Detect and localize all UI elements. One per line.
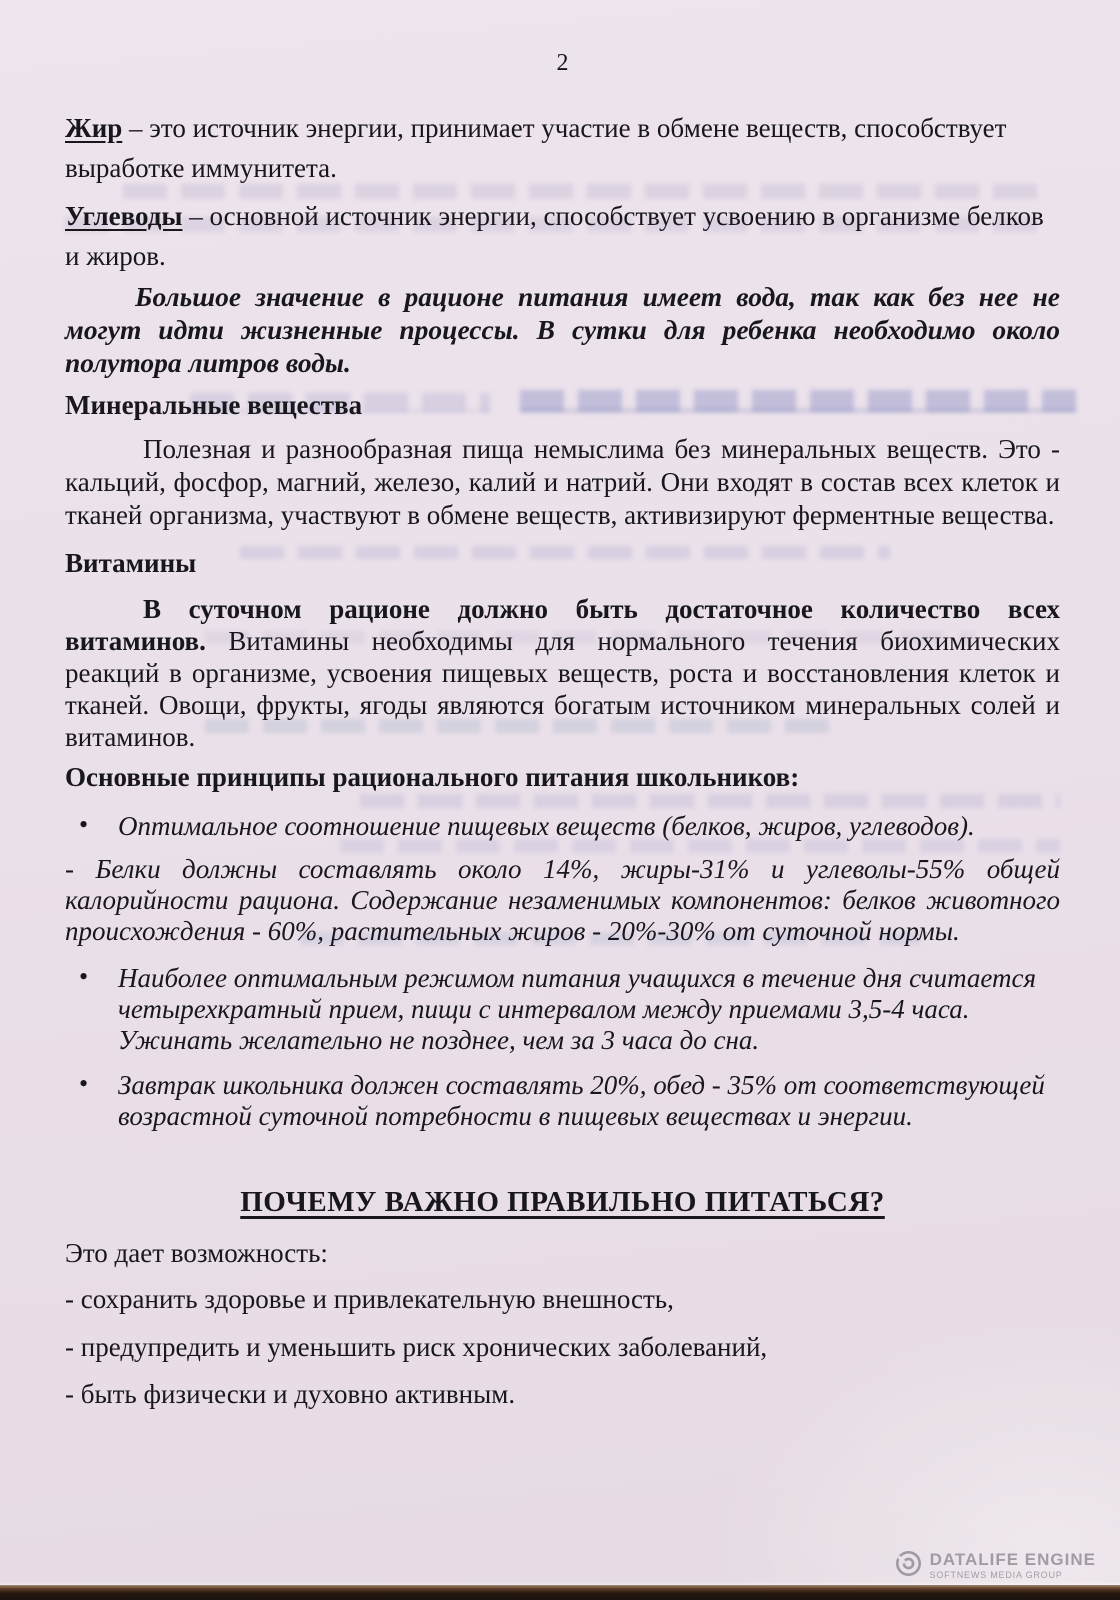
why-item: - быть физически и духовно активным. — [65, 1379, 1060, 1409]
minerals-heading: Минеральные вещества — [65, 392, 1060, 418]
why-item: - предупредить и уменьшить риск хроничес… — [65, 1332, 1060, 1362]
carbohydrates-paragraph: Углеводы – основной источник энергии, сп… — [65, 196, 1060, 276]
bullet-marker-icon: • — [79, 961, 88, 992]
why-eat-right-heading: ПОЧЕМУ ВАЖНО ПРАВИЛЬНО ПИТАТЬСЯ? — [65, 1186, 1060, 1218]
carbohydrates-term: Углеводы — [65, 201, 182, 231]
watermark-title: DATALIFE ENGINE — [930, 1551, 1096, 1569]
watermark-text: DATALIFE ENGINE SOFTNEWS MEDIA GROUP — [930, 1551, 1096, 1580]
page-number: 2 — [65, 48, 1060, 78]
bullet-marker-icon: • — [79, 808, 88, 841]
bullet-text: Завтрак школьника должен составлять 20%,… — [118, 1070, 1045, 1131]
water-importance-paragraph: Большое значение в рационе питания имеет… — [65, 280, 1060, 379]
bullet-text: Оптимальное соотношение пищевых веществ … — [118, 811, 975, 841]
vitamins-heading: Витамины — [65, 550, 1060, 576]
vitamins-rest: Витамины необходимы для нормального тече… — [65, 626, 1060, 752]
watermark-subtitle: SOFTNEWS MEDIA GROUP — [930, 1571, 1096, 1580]
datalife-engine-logo-icon — [895, 1550, 922, 1582]
minerals-paragraph: Полезная и разнообразная пища немыслима … — [65, 433, 1060, 532]
why-intro: Это дает возможность: — [65, 1238, 1060, 1268]
desk-edge — [0, 1585, 1120, 1600]
list-item: •Завтрак школьника должен составлять 20%… — [65, 1070, 1060, 1132]
list-item: •Оптимальное соотношение пищевых веществ… — [65, 810, 1060, 843]
bullet-text: Наиболее оптимальным режимом питания уча… — [118, 963, 1036, 1055]
watermark: DATALIFE ENGINE SOFTNEWS MEDIA GROUP — [895, 1550, 1096, 1582]
principles-heading: Основные принципы рационального питания … — [65, 764, 1060, 790]
scanned-document-page: { "page": { "number": "2" }, "paragraphs… — [0, 0, 1120, 1600]
bullet-marker-icon: • — [79, 1068, 88, 1099]
list-item: •Наиболее оптимальным режимом питания уч… — [65, 963, 1060, 1056]
fat-term: Жир — [65, 113, 122, 143]
why-item: - сохранить здоровье и привлекательную в… — [65, 1284, 1060, 1314]
fat-definition: – это источник энергии, принимает участи… — [65, 113, 1006, 183]
document-body: 2 Жир – это источник энергии, принимает … — [65, 0, 1060, 1409]
vitamins-paragraph: В суточном рационе должно быть достаточн… — [65, 593, 1060, 753]
carbohydrates-definition: – основной источник энергии, способствуе… — [65, 201, 1044, 271]
proteins-ratio-paragraph: - Белки должны составлять около 14%, жир… — [65, 854, 1060, 947]
fat-paragraph: Жир – это источник энергии, принимает уч… — [65, 108, 1060, 188]
